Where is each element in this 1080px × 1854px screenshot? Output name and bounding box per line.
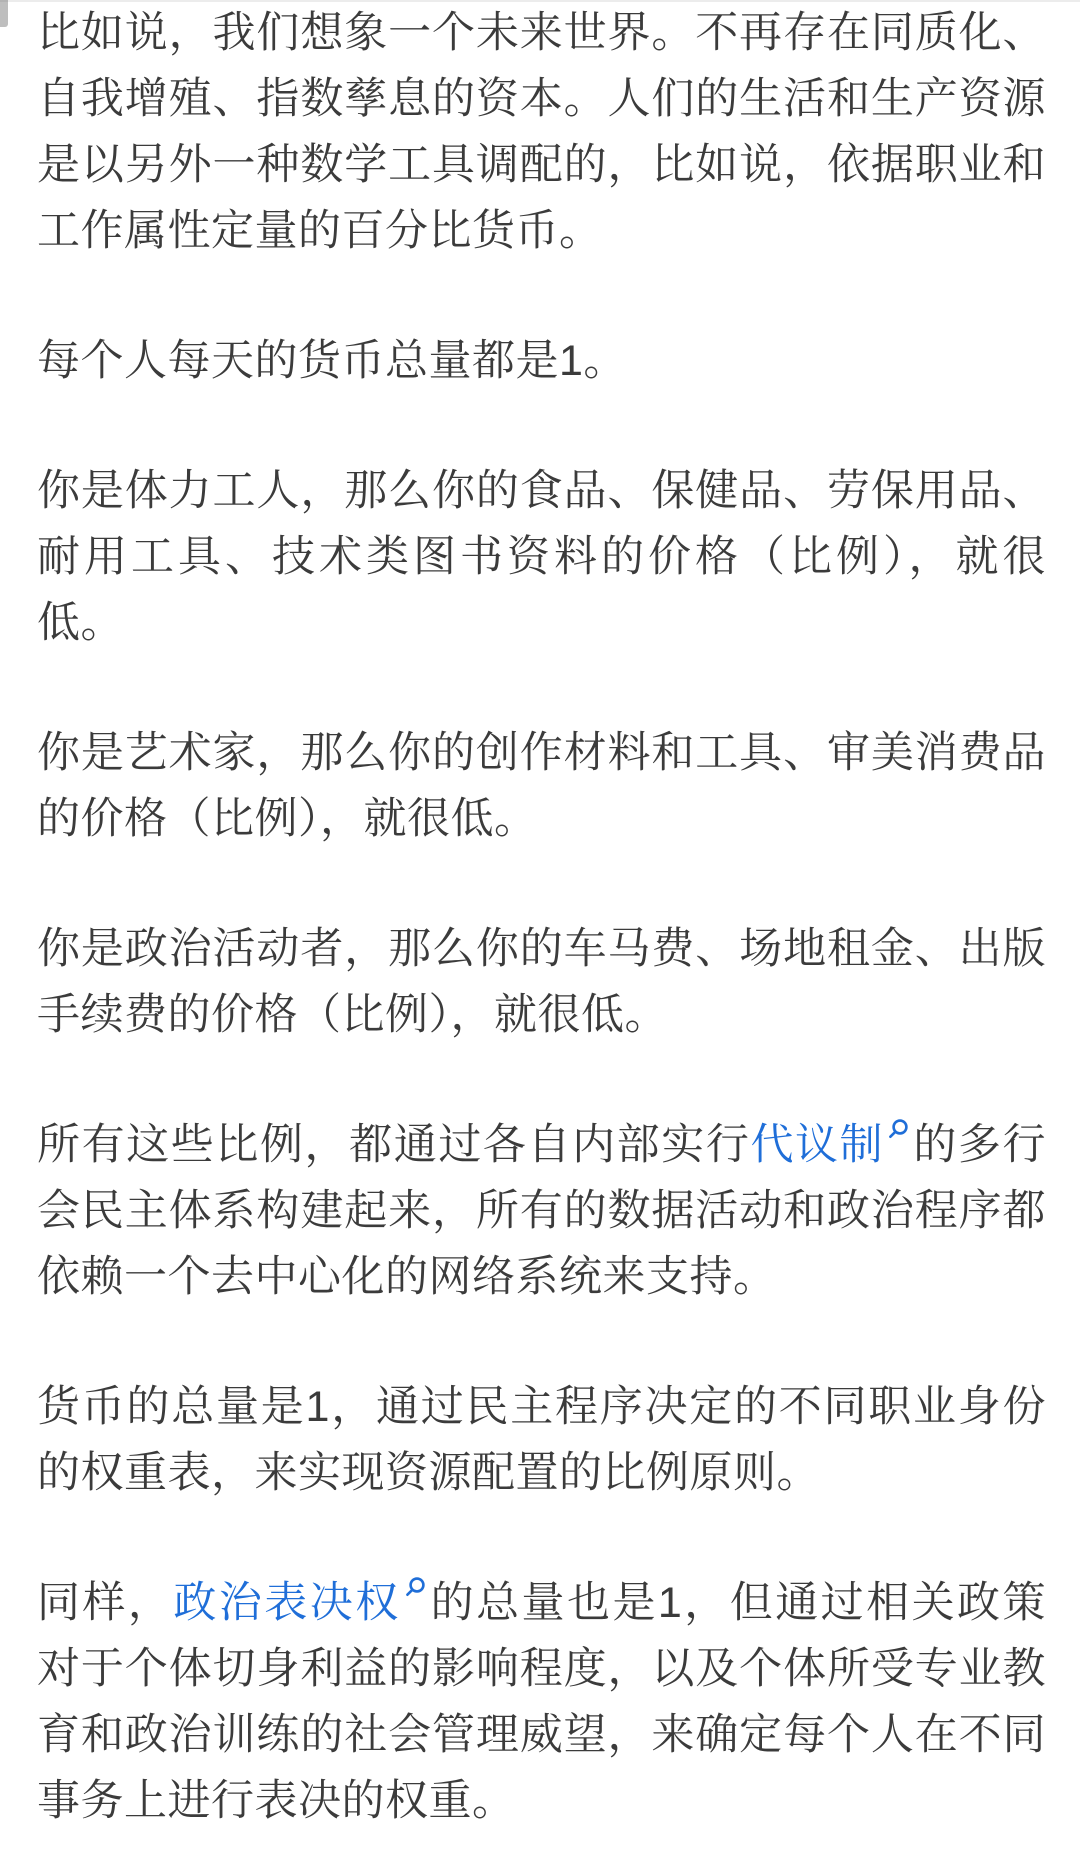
paragraph-text: 你是体力工人，那么你的食品、保健品、劳保用品、耐用工具、技术类图书资料的价格（比…: [37, 467, 1046, 647]
paragraph-daily-currency: 每个人每天的货币总量都是1。: [37, 328, 1046, 394]
paragraph-manual-worker: 你是体力工人，那么你的食品、保健品、劳保用品、耐用工具、技术类图书资料的价格（比…: [37, 458, 1046, 656]
paragraph-political-activist: 你是政治活动者，那么你的车马费、场地租金、出版手续费的价格（比例），就很低。: [37, 916, 1046, 1048]
screen-top-edge: [0, 0, 1080, 2]
paragraph-text: 你是政治活动者，那么你的车马费、场地租金、出版手续费的价格（比例），就很低。: [37, 925, 1046, 1039]
keyword-link-political-voting-rights[interactable]: 政治表决权: [173, 1579, 428, 1627]
article-body: 比如说，我们想象一个未来世界。不再存在同质化、自我增殖、指数孳息的资本。人们的生…: [0, 0, 1080, 1854]
paragraph-artist: 你是艺术家，那么你的创作材料和工具、审美消费品的价格（比例），就很低。: [37, 720, 1046, 852]
keyword-link-label: 政治表决权: [173, 1579, 400, 1627]
paragraph-text: 每个人每天的货币总量都是1。: [37, 337, 627, 385]
paragraph-currency-weight-table: 货币的总量是1，通过民主程序决定的不同职业身份的权重表，来实现资源配置的比例原则…: [37, 1374, 1046, 1506]
paragraph-text: 所有这些比例，都通过各自内部实行: [37, 1121, 750, 1169]
keyword-link-label: 代议制: [750, 1121, 884, 1169]
keyword-link-representative-system[interactable]: 代议制: [750, 1121, 912, 1169]
paragraph-voting-rights: 同样，政治表决权的总量也是1，但通过相关政策对于个体切身利益的影响程度，以及个体…: [37, 1570, 1046, 1834]
paragraph-future-world: 比如说，我们想象一个未来世界。不再存在同质化、自我增殖、指数孳息的资本。人们的生…: [37, 0, 1046, 264]
search-icon: [885, 1117, 911, 1143]
paragraph-text: 同样，: [37, 1579, 173, 1627]
paragraph-guild-democracy: 所有这些比例，都通过各自内部实行代议制的多行会民主体系构建起来，所有的数据活动和…: [37, 1112, 1046, 1310]
search-icon: [402, 1575, 428, 1601]
paragraph-text: 货币的总量是1，通过民主程序决定的不同职业身份的权重表，来实现资源配置的比例原则…: [37, 1383, 1046, 1497]
paragraph-text: 你是艺术家，那么你的创作材料和工具、审美消费品的价格（比例），就很低。: [37, 729, 1046, 843]
screen-corner-artifact: [0, 0, 8, 27]
paragraph-text: 比如说，我们想象一个未来世界。不再存在同质化、自我增殖、指数孳息的资本。人们的生…: [37, 9, 1046, 255]
